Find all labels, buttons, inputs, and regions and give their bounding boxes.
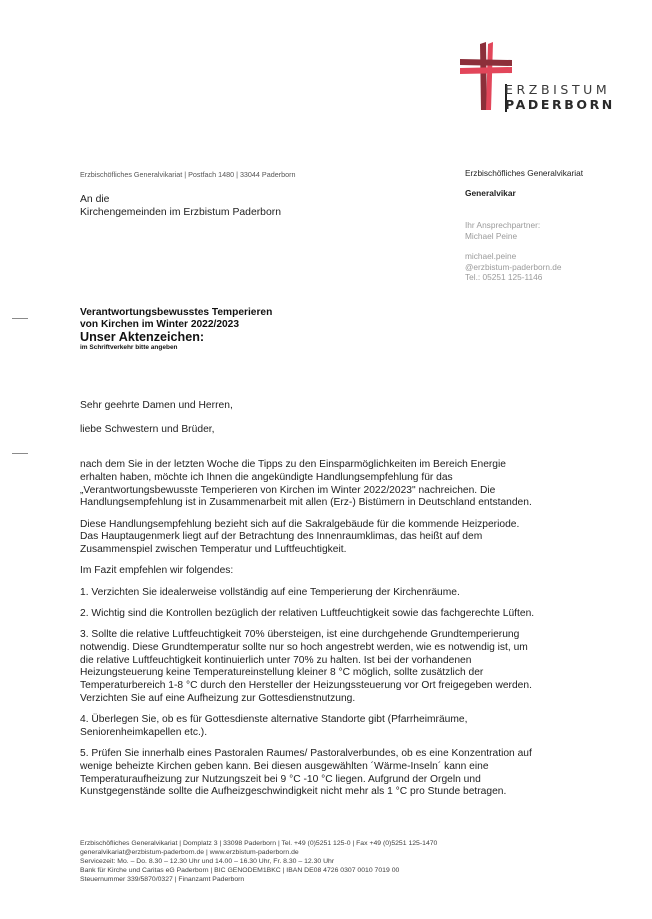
salutation: Sehr geehrte Damen und Herren, liebe Sch… bbox=[80, 400, 233, 448]
body-paragraph-conclusion: Im Fazit empfehlen wir folgendes: bbox=[80, 565, 645, 578]
recommendation-item-5: 5. Prüfen Sie innerhalb eines Pastoralen… bbox=[80, 748, 645, 799]
recommendation-item-1: 1. Verzichten Sie idealerweise vollständ… bbox=[80, 587, 645, 600]
salutation-line-1: Sehr geehrte Damen und Herren, bbox=[80, 400, 233, 424]
contact-details: michael.peine @erzbistum-paderborn.de Te… bbox=[465, 251, 645, 283]
contact-email-line-2[interactable]: @erzbistum-paderborn.de bbox=[465, 262, 645, 273]
logo-wordmark: ERZBISTUM PADERBORN bbox=[505, 82, 615, 112]
fold-mark-top bbox=[12, 318, 28, 319]
contact-email-line-1[interactable]: michael.peine bbox=[465, 251, 645, 262]
body-paragraph-scope: Diese Handlungsempfehlung bezieht sich a… bbox=[80, 519, 645, 557]
letter-footer: Erzbischöfliches Generalvikariat | Dompl… bbox=[80, 839, 437, 884]
recipient-line-1: An die bbox=[80, 193, 281, 206]
contact-label: Ihr Ansprechpartner: bbox=[465, 220, 645, 231]
footer-line-bank: Bank für Kirche und Caritas eG Paderborn… bbox=[80, 866, 437, 875]
salutation-line-2: liebe Schwestern und Brüder, bbox=[80, 424, 233, 448]
sender-address-line: Erzbischöfliches Generalvikariat | Postf… bbox=[80, 170, 296, 179]
logo-line-erzbistum: ERZBISTUM bbox=[505, 82, 615, 97]
fold-mark-middle bbox=[12, 453, 28, 454]
recommendation-item-3: 3. Sollte die relative Luftfeuchtigkeit … bbox=[80, 629, 645, 706]
reference-note: im Schriftverkehr bitte angeben bbox=[80, 344, 272, 352]
contact-block: Ihr Ansprechpartner: Michael Peine bbox=[465, 220, 645, 241]
reference-heading: Unser Aktenzeichen: bbox=[80, 331, 272, 344]
recommendation-item-2: 2. Wichtig sind die Kontrollen bezüglich… bbox=[80, 608, 645, 621]
footer-line-tax: Steuernummer 339/5870/0327 | Finanzamt P… bbox=[80, 875, 437, 884]
subject-line-1: Verantwortungsbewusstes Temperieren bbox=[80, 307, 272, 319]
footer-line-hours: Servicezeit: Mo. – Do. 8.30 – 12.30 Uhr … bbox=[80, 857, 437, 866]
department-name: Generalvikar bbox=[465, 188, 645, 198]
contact-name: Michael Peine bbox=[465, 231, 645, 242]
subject-block: Verantwortungsbewusstes Temperieren von … bbox=[80, 307, 272, 352]
recipient-line-2: Kirchengemeinden im Erzbistum Paderborn bbox=[80, 206, 281, 219]
organization-name: Erzbischöfliches Generalvikariat bbox=[465, 168, 645, 178]
recipient-block: An die Kirchengemeinden im Erzbistum Pad… bbox=[80, 193, 281, 219]
footer-line-address: Erzbischöfliches Generalvikariat | Dompl… bbox=[80, 839, 437, 848]
body-paragraph-intro: nach dem Sie in der letzten Woche die Ti… bbox=[80, 459, 645, 510]
contact-phone: Tel.: 05251 125-1146 bbox=[465, 272, 645, 283]
letterhead-info-column: Erzbischöfliches Generalvikariat General… bbox=[465, 168, 645, 283]
logo-line-paderborn: PADERBORN bbox=[505, 97, 615, 112]
footer-line-web[interactable]: generalvikariat@erzbistum-paderborn.de |… bbox=[80, 848, 437, 857]
letter-body: nach dem Sie in der letzten Woche die Ti… bbox=[80, 459, 645, 808]
recommendation-item-4: 4. Überlegen Sie, ob es für Gottesdienst… bbox=[80, 714, 645, 740]
